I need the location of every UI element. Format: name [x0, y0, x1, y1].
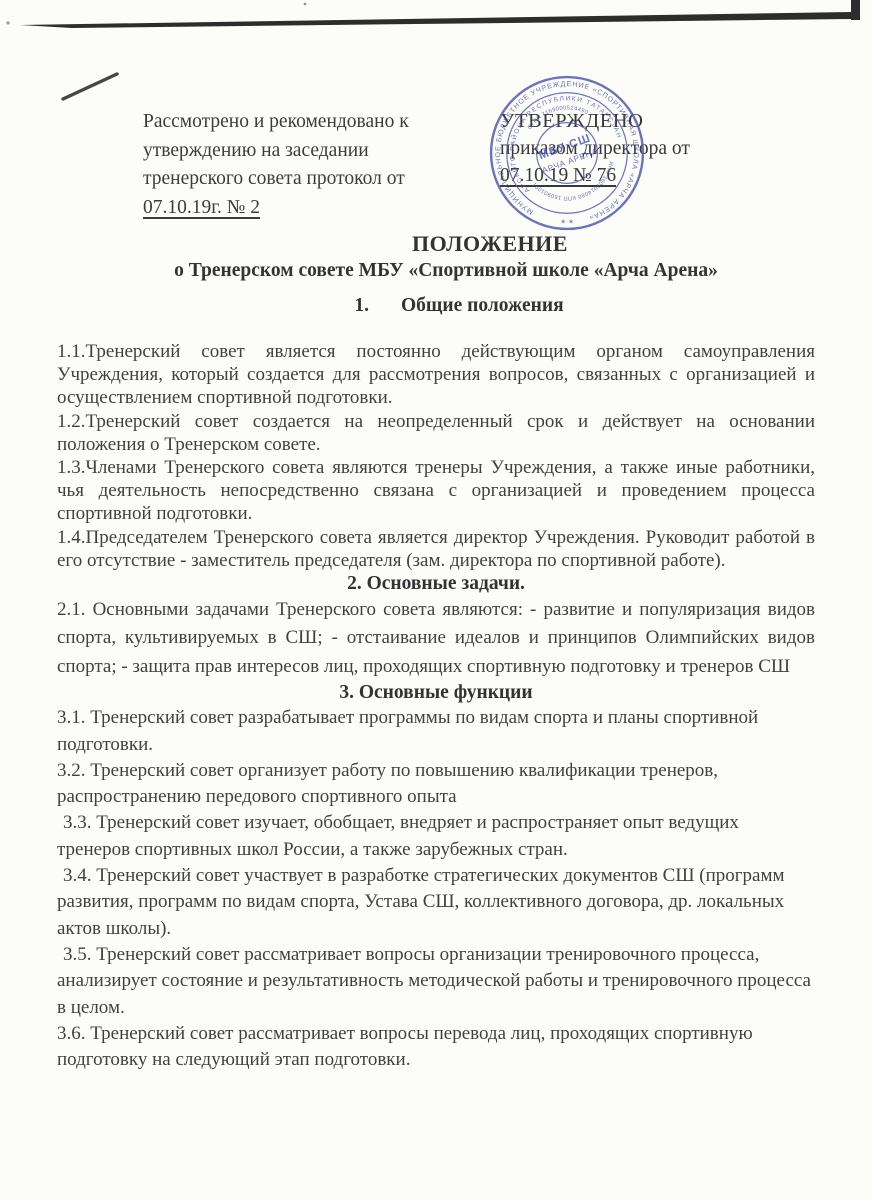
document-subtitle: о Тренерском совете МБУ «Спортивной школ…	[57, 260, 815, 282]
paragraph-3-6: 3.6. Тренерский совет рассматривает вопр…	[57, 1021, 815, 1074]
section-1-heading: 1.Общие положения	[57, 295, 815, 317]
approval-left-block: Рассмотрено и рекомендовано к утверждени…	[143, 108, 495, 222]
stamp-stars: ✶ ✶	[560, 218, 574, 226]
paragraph-3-4: 3.4. Тренерский совет участвует в разраб…	[57, 863, 815, 942]
section-3-heading: 3. Основные функции	[57, 681, 815, 705]
paragraph-3-3: 3.3. Тренерский совет изучает, обобщает,…	[57, 810, 815, 863]
paragraph-3-2: 3.2. Тренерский совет организует работу …	[57, 758, 815, 811]
paragraph-1-4: 1.4.Председателем Тренерского совета явл…	[57, 526, 815, 572]
approval-left-line-3: тренерского совета протокол от	[143, 165, 495, 194]
official-stamp: МУНИЦИПАЛЬНОЕ БЮДЖЕТНОЕ УЧРЕЖДЕНИЕ «СПОР…	[486, 72, 648, 234]
title-block: ПОЛОЖЕНИЕ о Тренерском совете МБУ «Спорт…	[57, 231, 815, 317]
scanned-document-page: Рассмотрено и рекомендовано к утверждени…	[0, 0, 872, 1200]
section-1-number: 1.	[354, 295, 369, 316]
paragraph-2-1: 2.1. Основными задачами Тренерского сове…	[57, 596, 815, 681]
approval-left-line-1: Рассмотрено и рекомендовано к	[143, 108, 495, 137]
document-body: 1.1.Тренерский совет является постоянно …	[57, 340, 815, 1073]
document-title: ПОЛОЖЕНИЕ	[57, 231, 815, 257]
paragraph-3-5: 3.5. Тренерский совет рассматривает вопр…	[57, 942, 815, 1021]
paragraph-1-1: 1.1.Тренерский совет является постоянно …	[57, 340, 815, 410]
approval-left-line-2: утверждению на заседании	[143, 137, 495, 166]
paragraph-1-3: 1.3.Членами Тренерского совета являются …	[57, 456, 815, 526]
section-2-heading: 2. Основные задачи.	[57, 572, 815, 596]
paragraph-3-1: 3.1. Тренерский совет разрабатывает прог…	[57, 705, 815, 758]
approval-left-date: 07.10.19г. № 2	[143, 194, 495, 223]
section-1-content: 1.1.Тренерский совет является постоянно …	[57, 340, 815, 572]
section-3-content: 3.1. Тренерский совет разрабатывает прог…	[57, 705, 815, 1073]
paragraph-1-2: 1.2.Тренерский совет создается на неопре…	[57, 410, 815, 456]
section-1-title: Общие положения	[401, 295, 564, 316]
